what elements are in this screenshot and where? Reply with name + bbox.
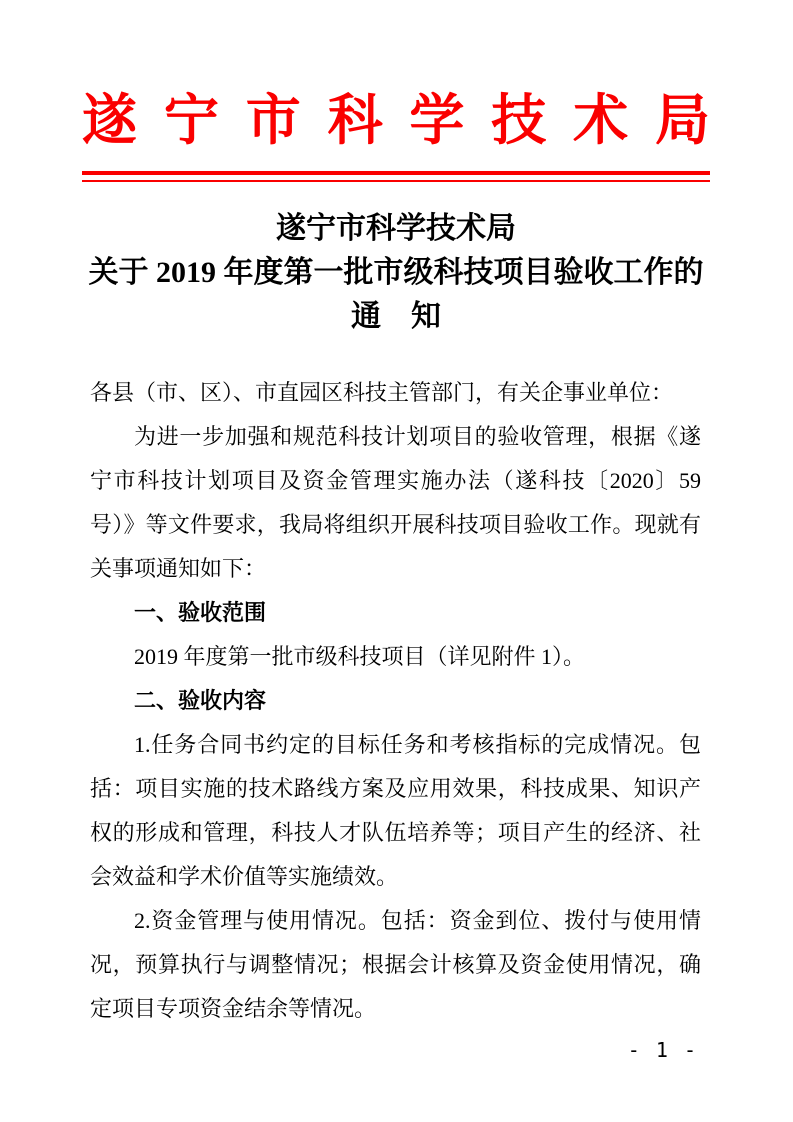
document-title: 遂宁市科学技术局 关于 2019 年度第一批市级科技项目验收工作的 通 知 — [82, 207, 710, 339]
section2-heading: 二、验收内容 — [90, 679, 701, 723]
intro-paragraph: 为进一步加强和规范科技计划项目的验收管理，根据《遂宁市科技计划项目及资金管理实施… — [90, 415, 701, 591]
document-title-line3: 通 知 — [82, 295, 710, 339]
section2-item2: 2.资金管理与使用情况。包括：资金到位、拨付与使用情况，预算执行与调整情况；根据… — [90, 899, 701, 1031]
red-rule-thin — [82, 180, 710, 182]
letterhead: 遂宁市科学技术局 — [82, 93, 710, 182]
document-page: 遂宁市科学技术局 遂宁市科学技术局 关于 2019 年度第一批市级科技项目验收工… — [0, 0, 793, 1122]
page-number: - 1 - — [628, 1038, 698, 1062]
agency-masthead-title: 遂宁市科学技术局 — [82, 93, 710, 148]
section1-heading: 一、验收范围 — [90, 591, 701, 635]
document-title-line2: 关于 2019 年度第一批市级科技项目验收工作的 — [82, 251, 710, 295]
section2-item1: 1.任务合同书约定的目标任务和考核指标的完成情况。包括：项目实施的技术路线方案及… — [90, 723, 701, 899]
document-body: 各县（市、区）、市直园区科技主管部门，有关企事业单位： 为进一步加强和规范科技计… — [82, 371, 710, 1031]
document-title-line1: 遂宁市科学技术局 — [82, 207, 710, 251]
salutation-line: 各县（市、区）、市直园区科技主管部门，有关企事业单位： — [90, 371, 701, 415]
section1-text: 2019 年度第一批市级科技项目（详见附件 1）。 — [90, 635, 701, 679]
red-rule-thick — [82, 171, 710, 175]
